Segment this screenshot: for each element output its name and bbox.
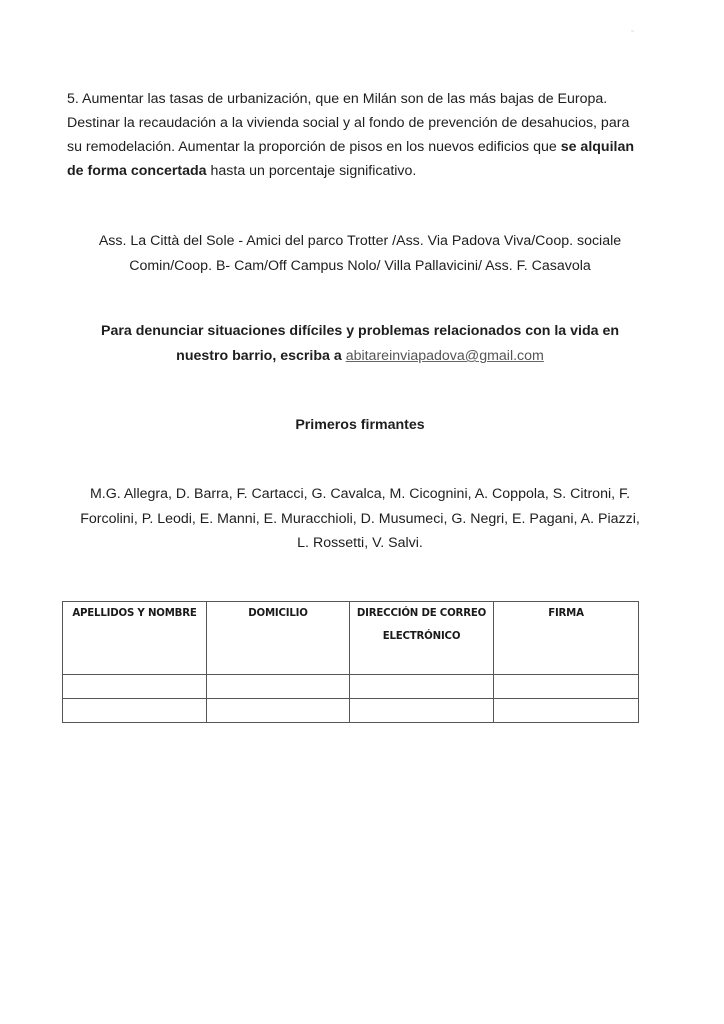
associations-line: Ass. La Città del Sole - Amici del parco… <box>60 229 660 254</box>
paragraph-line: de forma concertada hasta un porcentaje … <box>67 159 647 183</box>
header-text: DIRECCIÓN DE CORREO <box>350 602 493 625</box>
cell-address[interactable] <box>207 699 350 723</box>
table-row <box>63 699 639 723</box>
cell-email[interactable] <box>350 699 494 723</box>
cell-email[interactable] <box>350 675 494 699</box>
paragraph-bold-text: se alquilan <box>561 139 634 155</box>
associations-list: Ass. La Città del Sole - Amici del parco… <box>60 229 660 279</box>
associations-line: Comin/Coop. B- Cam/Off Campus Nolo/ Vill… <box>60 254 660 279</box>
paragraph-line: su remodelación. Aumentar la proporción … <box>67 135 647 159</box>
contact-line: Para denunciar situaciones difíciles y p… <box>60 319 660 344</box>
header-name: APELLIDOS Y NOMBRE <box>63 602 207 675</box>
paragraph-point-5: 5. Aumentar las tasas de urbanización, q… <box>67 87 647 183</box>
signers-list: M.G. Allegra, D. Barra, F. Cartacci, G. … <box>50 482 670 556</box>
paragraph-text: hasta un porcentaje significativo. <box>207 163 417 179</box>
paragraph-text: su remodelación. Aumentar la proporción … <box>67 139 561 155</box>
header-text: ELECTRÓNICO <box>350 625 493 648</box>
contact-notice: Para denunciar situaciones difíciles y p… <box>60 319 660 369</box>
paragraph-text: Destinar la recaudación a la vivienda so… <box>67 115 629 131</box>
scan-speck <box>631 30 634 32</box>
signers-line: M.G. Allegra, D. Barra, F. Cartacci, G. … <box>50 482 670 507</box>
cell-name[interactable] <box>63 675 207 699</box>
cell-signature[interactable] <box>494 699 639 723</box>
cell-name[interactable] <box>63 699 207 723</box>
cell-address[interactable] <box>207 675 350 699</box>
cell-signature[interactable] <box>494 675 639 699</box>
paragraph-bold-text: de forma concertada <box>67 163 207 179</box>
header-text: DOMICILIO <box>207 602 349 625</box>
signers-heading: Primeros firmantes <box>60 415 660 435</box>
signers-line: L. Rossetti, V. Salvi. <box>50 531 670 556</box>
paragraph-line: 5. Aumentar las tasas de urbanización, q… <box>67 87 647 111</box>
signature-table: APELLIDOS Y NOMBRE DOMICILIO DIRECCIÓN D… <box>62 601 639 723</box>
paragraph-line: Destinar la recaudación a la vivienda so… <box>67 111 647 135</box>
paragraph-text: 5. Aumentar las tasas de urbanización, q… <box>67 91 607 107</box>
document-page: 5. Aumentar las tasas de urbanización, q… <box>0 0 724 1024</box>
contact-prefix: nuestro barrio, escriba a <box>176 348 346 364</box>
header-email: DIRECCIÓN DE CORREO ELECTRÓNICO <box>350 602 494 675</box>
email-link[interactable]: abitareinviapadova@gmail.com <box>346 348 544 364</box>
signers-line: Forcolini, P. Leodi, E. Manni, E. Muracc… <box>50 507 670 532</box>
contact-line: nuestro barrio, escriba a abitareinviapa… <box>60 344 660 369</box>
header-signature: FIRMA <box>494 602 639 675</box>
table-header-row: APELLIDOS Y NOMBRE DOMICILIO DIRECCIÓN D… <box>63 602 639 675</box>
table-row <box>63 675 639 699</box>
header-text: FIRMA <box>494 602 638 625</box>
header-text: APELLIDOS Y NOMBRE <box>63 602 206 625</box>
header-address: DOMICILIO <box>207 602 350 675</box>
